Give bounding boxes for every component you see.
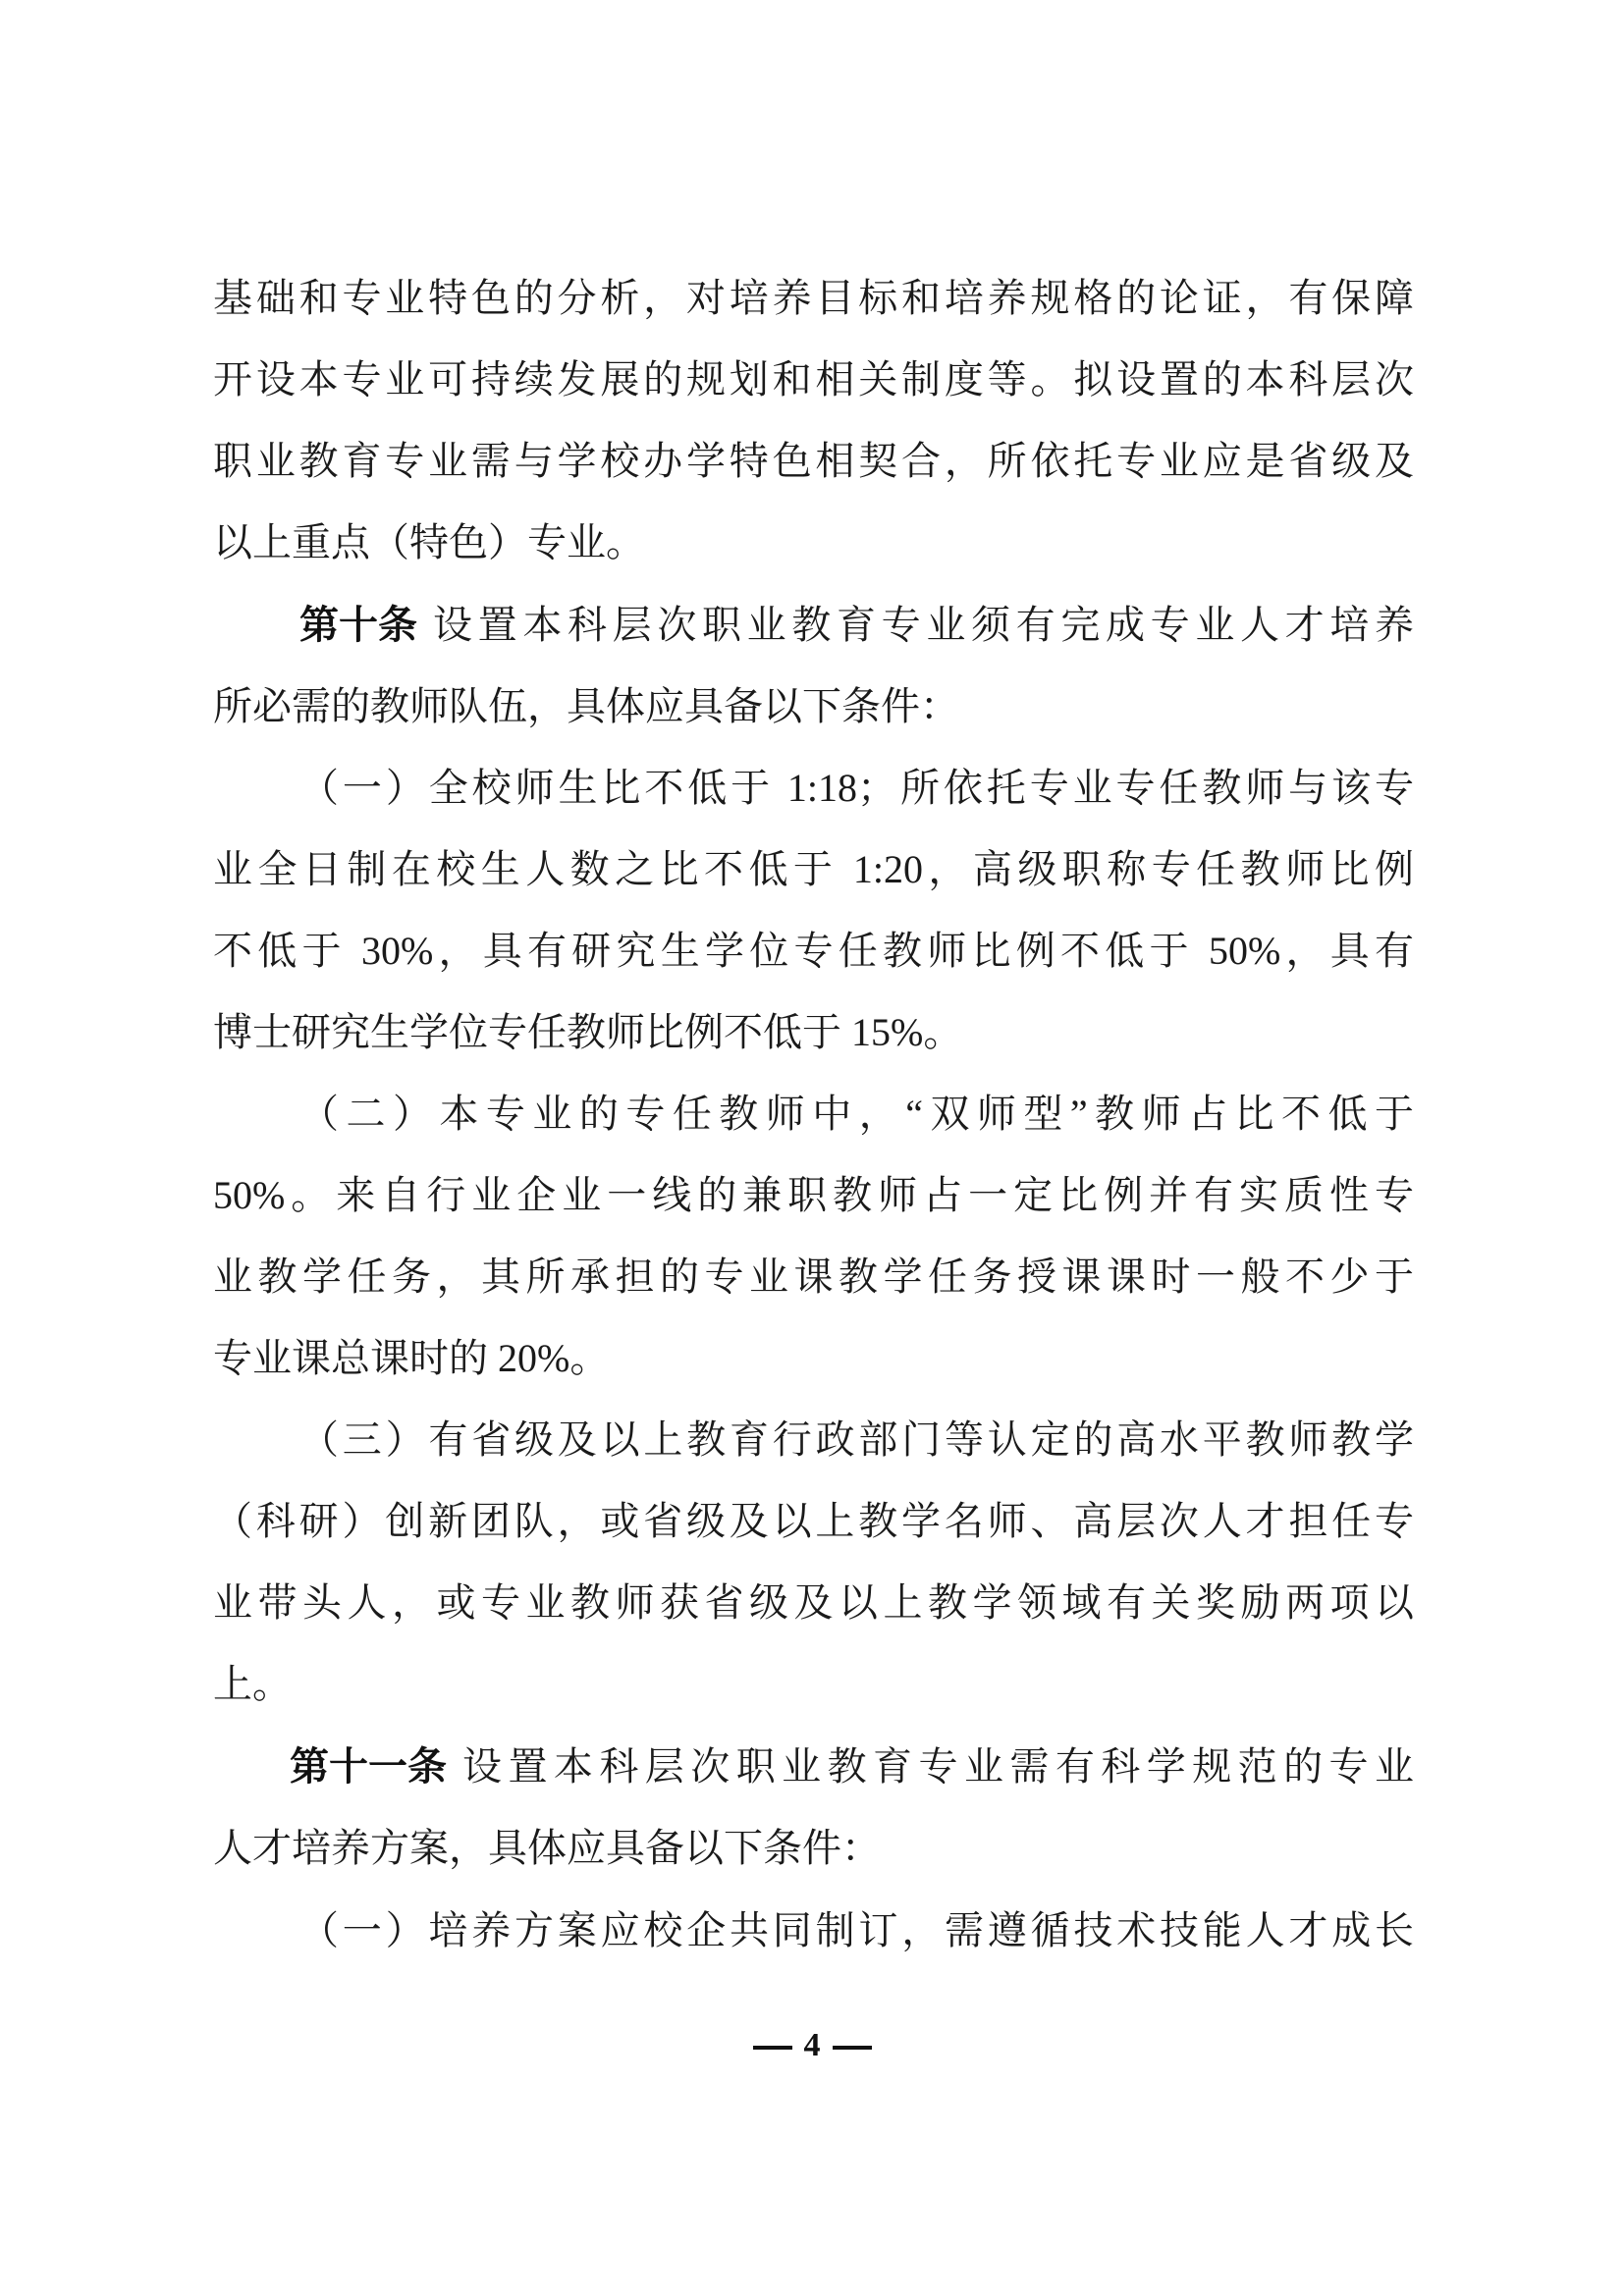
body-line: 开设本专业可持续发展的规划和相关制度等。拟设置的本科层次 [213, 350, 1414, 409]
body-line: 专业课总课时的 20%。 [213, 1329, 1414, 1388]
body-line: （科研）创新团队，或省级及以上教学名师、高层次人才担任专 [213, 1492, 1414, 1551]
article-heading: 第十条 [299, 596, 417, 655]
body-line: 业全日制在校生人数之比不低于 1:20，高级职称专任教师比例 [213, 840, 1414, 899]
body-line: 职业教育专业需与学校办学特色相契合，所依托专业应是省级及 [213, 432, 1414, 491]
article-heading: 第十一条 [290, 1737, 447, 1796]
article-10-first-line: 第十条 设置本科层次职业教育专业须有完成专业人才培养 [299, 596, 1414, 655]
body-line: 设置本科层次职业教育专业需有科学规范的专业 [462, 1737, 1414, 1796]
body-line: 基础和专业特色的分析，对培养目标和培养规格的论证，有保障 [213, 269, 1414, 328]
dash-right [833, 2046, 872, 2050]
page-number: 4 [0, 2024, 1624, 2067]
body-line: （二）本专业的专任教师中，“双师型”教师占比不低于 [299, 1085, 1414, 1144]
document-page: 基础和专业特色的分析，对培养目标和培养规格的论证，有保障 开设本专业可持续发展的… [0, 0, 1624, 2296]
body-line: （一）培养方案应校企共同制订，需遵循技术技能人才成长 [299, 1901, 1414, 1960]
body-line: 以上重点（特色）专业。 [213, 513, 1414, 572]
body-line: 博士研究生学位专任教师比例不低于 15%。 [213, 1003, 1414, 1062]
article-11-first-line: 第十一条 设置本科层次职业教育专业需有科学规范的专业 [290, 1737, 1414, 1796]
body-line: 上。 [213, 1655, 1414, 1714]
body-line: 人才培养方案，具体应具备以下条件： [213, 1819, 1414, 1878]
body-line: （一）全校师生比不低于 1:18；所依托专业专任教师与该专 [299, 759, 1414, 818]
body-line: 业教学任务，其所承担的专业课教学任务授课课时一般不少于 [213, 1248, 1414, 1307]
body-line: 50%。来自行业企业一线的兼职教师占一定比例并有实质性专 [213, 1166, 1414, 1225]
body-line: （三）有省级及以上教育行政部门等认定的高水平教师教学 [299, 1411, 1414, 1469]
body-line: 业带头人，或专业教师获省级及以上教学领域有关奖励两项以 [213, 1574, 1414, 1632]
body-line: 所必需的教师队伍，具体应具备以下条件： [213, 677, 1414, 736]
dash-left [753, 2046, 792, 2050]
body-line: 不低于 30%，具有研究生学位专任教师比例不低于 50%，具有 [213, 922, 1414, 981]
page-number-value: 4 [804, 2027, 821, 2063]
body-line: 设置本科层次职业教育专业须有完成专业人才培养 [433, 596, 1414, 655]
